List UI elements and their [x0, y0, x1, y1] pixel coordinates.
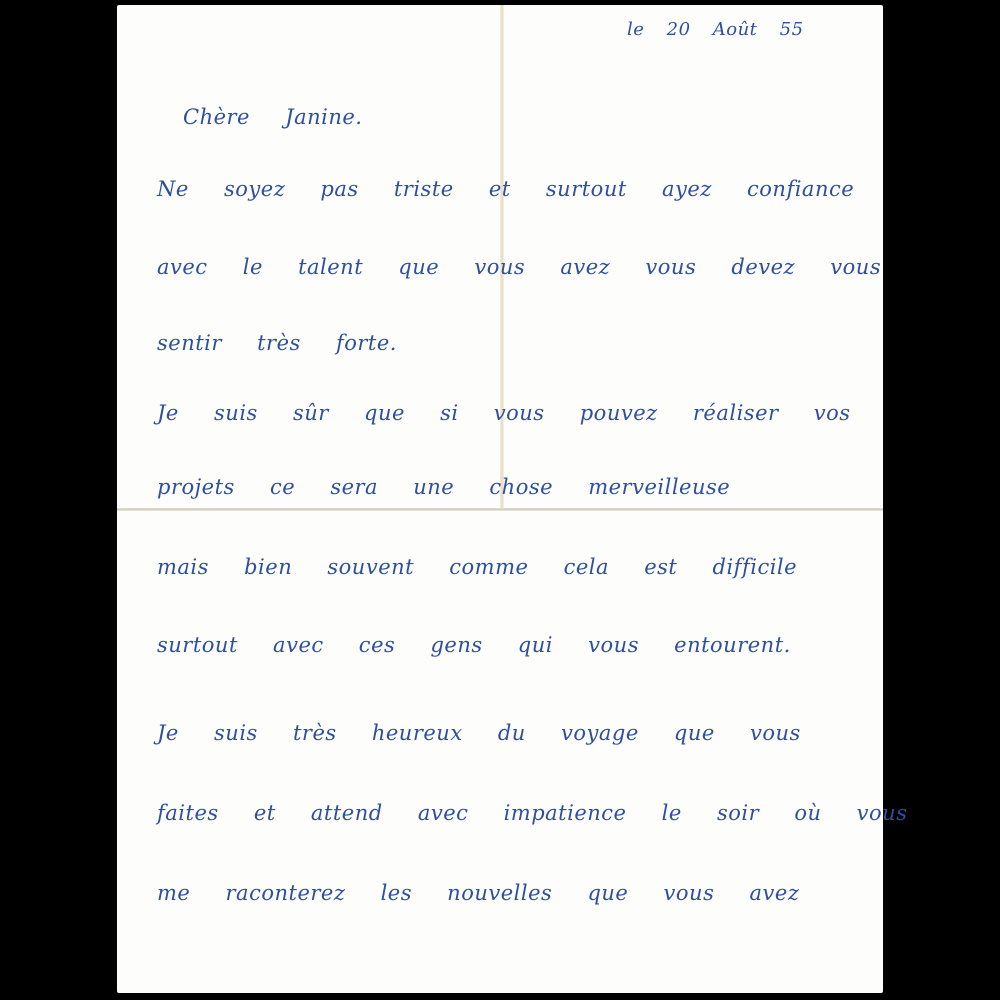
letter-line-10: me raconterez les nouvelles que vous ave… — [157, 881, 799, 905]
letter-line-2: avec le talent que vous avez vous devez … — [157, 255, 881, 279]
letter-line-3: sentir très forte. — [157, 331, 397, 355]
letter-line-8: Je suis très heureux du voyage que vous — [157, 721, 801, 745]
letter-line-4: Je suis sûr que si vous pouvez réaliser … — [157, 401, 851, 425]
letter-line-5: projets ce sera une chose merveilleuse — [157, 475, 730, 499]
letter-date: le 20 Août 55 — [627, 19, 804, 40]
horizontal-fold-crease — [117, 508, 883, 511]
letter-line-9: faites et attend avec impatience le soir… — [157, 801, 907, 825]
letter-line-6: mais bien souvent comme cela est diffici… — [157, 555, 797, 579]
letter-line-1: Ne soyez pas triste et surtout ayez conf… — [157, 177, 854, 201]
letter-salutation: Chère Janine. — [183, 105, 362, 129]
letter-line-7: surtout avec ces gens qui vous entourent… — [157, 633, 791, 657]
letter-page: le 20 Août 55 Chère Janine. Ne soyez pas… — [117, 5, 883, 993]
